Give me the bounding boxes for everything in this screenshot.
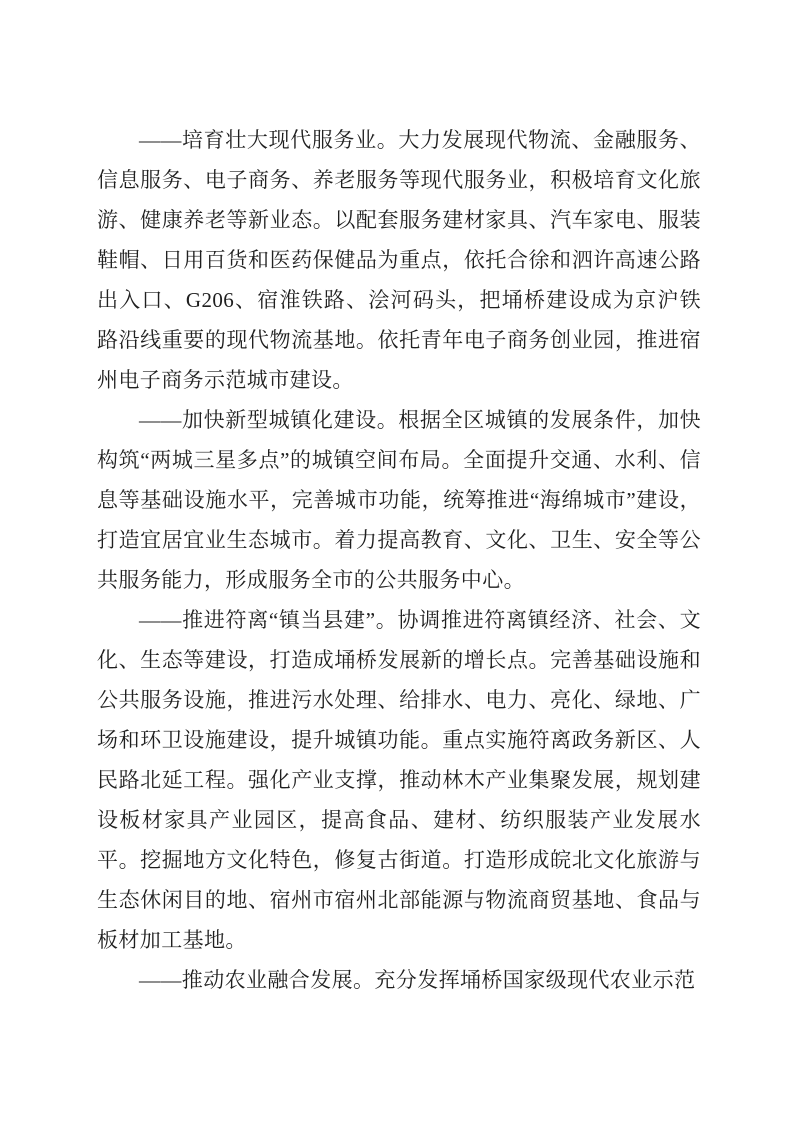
document-body: ——培育壮大现代服务业。大力发展现代物流、金融服务、信息服务、电子商务、养老服务… <box>97 120 701 1000</box>
paragraph-new-urbanization: ——加快新型城镇化建设。根据全区城镇的发展条件，加快构筑“两城三星多点”的城镇空… <box>97 400 701 600</box>
document-page: ——培育壮大现代服务业。大力发展现代物流、金融服务、信息服务、电子商务、养老服务… <box>0 0 793 1122</box>
paragraph-agriculture-integration: ——推动农业融合发展。充分发挥埇桥国家级现代农业示范 <box>97 960 701 1000</box>
paragraph-fuli-town: ——推进符离“镇当县建”。协调推进符离镇经济、社会、文化、生态等建设，打造成埇桥… <box>97 600 701 960</box>
paragraph-modern-services: ——培育壮大现代服务业。大力发展现代物流、金融服务、信息服务、电子商务、养老服务… <box>97 120 701 400</box>
